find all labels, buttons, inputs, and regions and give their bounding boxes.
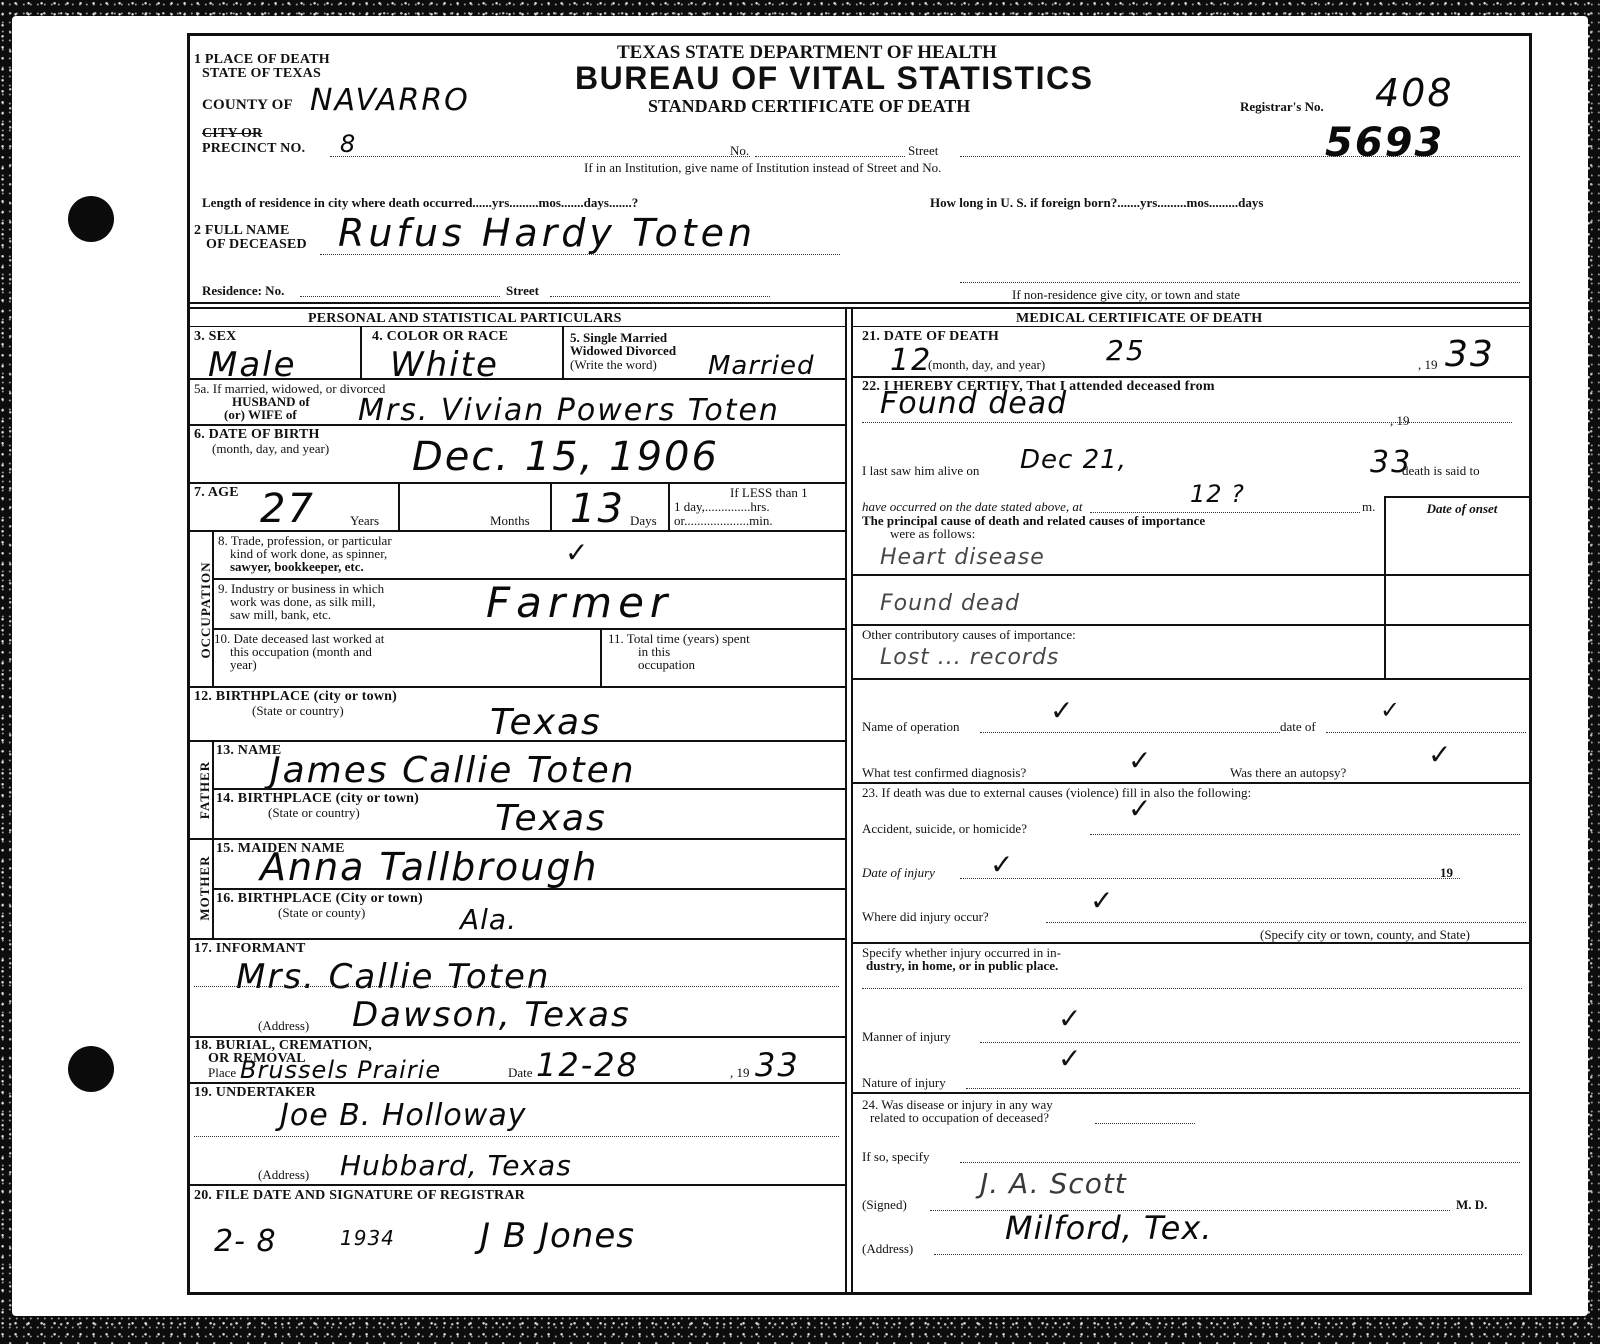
- rule: [862, 988, 1522, 989]
- residence-no-line: [300, 296, 500, 297]
- rule: [190, 740, 845, 742]
- injury-date-check-icon[interactable]: ✓: [990, 848, 1013, 881]
- dod-year-value[interactable]: 33: [1445, 338, 1495, 372]
- rule: [212, 888, 845, 890]
- last-worked-label-3: year): [230, 658, 257, 671]
- informant-value[interactable]: Mrs. Callie Toten: [236, 960, 550, 994]
- city-label: CITY OR: [202, 127, 262, 141]
- rule: [851, 678, 1529, 680]
- occurred-time-value[interactable]: 12 ?: [1190, 482, 1245, 506]
- nonresidence-line: [960, 282, 1520, 283]
- occurred-label: have occurred on the date stated above, …: [862, 500, 1082, 513]
- mother-birthplace-label-1: 16. BIRTHPLACE (City or town): [216, 892, 423, 906]
- bureau-title: BUREAU OF VITAL STATISTICS: [575, 60, 1093, 97]
- accident-label: Accident, suicide, or homicide?: [862, 822, 1027, 835]
- institution-note: If in an Institution, give name of Insti…: [584, 161, 941, 174]
- rule: [190, 326, 845, 327]
- rule: [550, 482, 552, 530]
- section-divider-top-2: [190, 307, 1529, 309]
- birthplace-value[interactable]: Texas: [490, 706, 602, 740]
- date-onset-label: Date of onset: [1402, 502, 1522, 515]
- if-so-label: If so, specify: [862, 1150, 930, 1163]
- rule: [851, 1092, 1529, 1094]
- rule: [851, 782, 1529, 784]
- accident-check-icon[interactable]: ✓: [1128, 792, 1151, 825]
- rule: [190, 838, 845, 840]
- informant-address-value[interactable]: Dawson, Texas: [352, 998, 631, 1032]
- occupation-vertical-label: OCCUPATION: [198, 560, 214, 660]
- injury-where-sub-label: (Specify city or town, county, and State…: [1260, 928, 1470, 941]
- rule: [190, 530, 845, 532]
- rule: [600, 628, 602, 686]
- registrar-no-label: Registrar's No.: [1240, 100, 1324, 113]
- dod-label: 21. DATE OF DEATH: [862, 330, 999, 344]
- autopsy-check-icon[interactable]: ✓: [1428, 738, 1451, 771]
- rule: [190, 686, 845, 688]
- injury-date-label: Date of injury: [862, 866, 935, 879]
- months-label: Months: [490, 514, 530, 527]
- trade-label-3: sawyer, bookkeeper, etc.: [230, 560, 364, 573]
- rule: [960, 1162, 1520, 1163]
- death-certificate-form: 1 PLACE OF DEATH STATE OF TEXAS COUNTY O…: [187, 33, 1532, 1295]
- medical-section-title: MEDICAL CERTIFICATE OF DEATH: [1016, 312, 1262, 326]
- occupation-related-label-2: related to occupation of deceased?: [870, 1111, 1049, 1124]
- autopsy-label: Was there an autopsy?: [1230, 766, 1346, 779]
- industry-value[interactable]: Farmer: [486, 586, 673, 620]
- attended-from-value[interactable]: Found dead: [880, 392, 1067, 416]
- last-saw-label: I last saw him alive on: [862, 464, 979, 477]
- section-divider-top: [190, 302, 1529, 304]
- operation-label: Name of operation: [862, 720, 959, 733]
- no-label: No.: [730, 144, 749, 157]
- md-label: M. D.: [1456, 1198, 1487, 1211]
- deceased-name-value[interactable]: Rufus Hardy Toten: [338, 216, 756, 250]
- operation-check-icon[interactable]: ✓: [1050, 694, 1073, 727]
- certificate-title: STANDARD CERTIFICATE OF DEATH: [648, 96, 970, 117]
- rule: [1384, 496, 1386, 678]
- column-divider: [845, 307, 847, 1292]
- column-divider-2: [851, 307, 853, 1292]
- father-birthplace-value[interactable]: Texas: [495, 802, 607, 836]
- physician-address-value[interactable]: Milford, Tex.: [1005, 1216, 1212, 1240]
- full-name-label-1: 2 FULL NAME: [194, 224, 290, 238]
- operation-date-label: date of: [1280, 720, 1316, 733]
- test-label: What test confirmed diagnosis?: [862, 766, 1026, 779]
- rule: [360, 326, 362, 378]
- spouse-label-3: (or) WIFE of: [224, 408, 297, 421]
- burial-year-prefix: , 19: [730, 1066, 750, 1079]
- total-time-label-3: occupation: [638, 658, 695, 671]
- signed-label: (Signed): [862, 1198, 907, 1211]
- other-causes-label: Other contributory causes of importance:: [862, 628, 1076, 641]
- race-value[interactable]: White: [390, 348, 499, 382]
- father-vertical-label: FATHER: [197, 755, 213, 825]
- sex-label: 3. SEX: [194, 330, 236, 344]
- rule: [862, 422, 1512, 423]
- nonresidence-note: If non-residence give city, or town and …: [1012, 288, 1240, 301]
- mother-vertical-label: MOTHER: [197, 853, 213, 923]
- years-label: Years: [350, 514, 379, 527]
- registrar-signature[interactable]: J B Jones: [480, 1224, 635, 1248]
- residence-street-line: [550, 296, 770, 297]
- rule: [851, 376, 1529, 378]
- rule: [194, 986, 839, 987]
- name-line: [320, 254, 840, 255]
- burial-date-value[interactable]: 12-28: [536, 1048, 639, 1082]
- burial-year-value[interactable]: 33: [755, 1048, 800, 1082]
- less-than-label-1: If LESS than 1: [730, 486, 808, 499]
- rule: [851, 942, 1529, 944]
- registrar-no-value[interactable]: 408: [1375, 76, 1454, 110]
- rule: [562, 326, 564, 378]
- us-length-label: How long in U. S. if foreign born?......…: [930, 196, 1263, 209]
- death-said-label: death is said to: [1402, 464, 1480, 477]
- trade-check-icon[interactable]: ✓: [565, 536, 588, 569]
- rule: [190, 482, 845, 484]
- county-value[interactable]: NAVARRO: [310, 84, 470, 118]
- informant-label: 17. INFORMANT: [194, 942, 305, 956]
- mother-name-value[interactable]: Anna Tallbrough: [260, 850, 598, 884]
- no-line: [755, 156, 905, 157]
- rule: [1384, 496, 1529, 498]
- personal-section-title: PERSONAL AND STATISTICAL PARTICULARS: [308, 312, 622, 326]
- street-label: Street: [908, 144, 938, 157]
- precinct-line: [330, 156, 750, 157]
- rule: [851, 326, 1529, 327]
- dod-day-value[interactable]: 25: [1106, 334, 1146, 368]
- age-days-value[interactable]: 13: [570, 492, 625, 526]
- rule: [190, 1184, 845, 1186]
- age-years-value[interactable]: 27: [260, 492, 315, 526]
- rule: [1095, 1123, 1195, 1124]
- rule: [190, 1082, 845, 1084]
- marital-label-3: (Write the word): [570, 358, 657, 371]
- residence-no-label: Residence: No.: [202, 284, 284, 297]
- rule: [851, 624, 1529, 626]
- rule: [934, 1254, 1522, 1255]
- mother-birthplace-value[interactable]: Ala.: [460, 908, 517, 932]
- burial-date-label: Date: [508, 1066, 533, 1079]
- father-birthplace-label-2: (State or country): [268, 806, 360, 819]
- spouse-value[interactable]: Mrs. Vivian Powers Toten: [358, 394, 780, 428]
- nature-label: Nature of injury: [862, 1076, 946, 1089]
- birthplace-label-2: (State or country): [252, 704, 344, 717]
- rule: [960, 878, 1460, 879]
- file-date-label: 20. FILE DATE AND SIGNATURE OF REGISTRAR: [194, 1189, 525, 1203]
- rule: [851, 574, 1529, 576]
- burial-place-value[interactable]: Brussels Prairie: [240, 1058, 441, 1082]
- attended-year-prefix: , 19: [1390, 414, 1410, 427]
- principal-label-2: were as follows:: [890, 527, 975, 540]
- punch-hole-bottom: [68, 1046, 114, 1092]
- dod-month-value[interactable]: 12: [890, 344, 932, 378]
- injury-where-check-icon[interactable]: ✓: [1090, 884, 1113, 917]
- rule: [194, 1136, 839, 1137]
- dob-value[interactable]: Dec. 15, 1906: [412, 440, 719, 474]
- rule: [212, 628, 845, 630]
- total-time-label-1: 11. Total time (years) spent: [608, 632, 750, 645]
- file-year-value[interactable]: 1934: [340, 1226, 395, 1250]
- file-date-value[interactable]: 2- 8: [214, 1230, 277, 1254]
- rule: [398, 482, 400, 530]
- external-causes-label: 23. If death was due to external causes …: [862, 786, 1251, 799]
- days-label: Days: [630, 514, 657, 527]
- burial-place-label: Place: [208, 1066, 236, 1079]
- rule: [190, 938, 845, 940]
- rule: [1326, 732, 1526, 733]
- undertaker-value[interactable]: Joe B. Holloway: [280, 1104, 526, 1128]
- physician-address-label: (Address): [862, 1242, 913, 1255]
- precinct-value[interactable]: 8: [340, 132, 356, 156]
- injury-place-label-2: dustry, in home, or in public place.: [866, 959, 1058, 972]
- dob-sub-label: (month, day, and year): [212, 442, 329, 455]
- punch-hole-top: [68, 196, 114, 242]
- rule: [966, 1088, 1520, 1089]
- dob-label: 6. DATE OF BIRTH: [194, 428, 320, 442]
- rule: [1090, 834, 1520, 835]
- sex-value[interactable]: Male: [208, 348, 297, 382]
- precinct-label: PRECINCT NO.: [202, 142, 305, 156]
- undertaker-address-label: (Address): [258, 1168, 309, 1181]
- nature-check-icon[interactable]: ✓: [1058, 1042, 1081, 1075]
- industry-label-3: saw mill, bank, etc.: [230, 608, 331, 621]
- manner-check-icon[interactable]: ✓: [1058, 1002, 1081, 1035]
- rule: [212, 788, 845, 790]
- father-name-value[interactable]: James Callie Toten: [270, 754, 636, 788]
- residence-length-label: Length of residence in city where death …: [202, 196, 638, 209]
- physician-signature[interactable]: J. A. Scott: [980, 1172, 1127, 1196]
- rule: [980, 732, 1280, 733]
- rule: [190, 378, 845, 380]
- cause-1-value[interactable]: Heart disease: [880, 546, 1045, 570]
- file-no-value[interactable]: 5693: [1325, 126, 1444, 160]
- place-of-death-label: 1 PLACE OF DEATH: [194, 53, 330, 67]
- mother-birthplace-label-2: (State or county): [278, 906, 365, 919]
- birthplace-label-1: 12. BIRTHPLACE (city or town): [194, 690, 397, 704]
- full-name-label-2: OF DECEASED: [206, 238, 307, 252]
- rule: [668, 482, 670, 530]
- injury-year-prefix: 19: [1440, 866, 1453, 879]
- operation-date-check-icon[interactable]: ✓: [1380, 696, 1400, 724]
- father-birthplace-label-1: 14. BIRTHPLACE (city or town): [216, 792, 419, 806]
- undertaker-address-value[interactable]: Hubbard, Texas: [340, 1154, 572, 1178]
- test-check-icon[interactable]: ✓: [1128, 744, 1151, 777]
- dod-sub-label: (month, day, and year): [928, 358, 1045, 371]
- marital-value[interactable]: Married: [708, 354, 814, 378]
- manner-label: Manner of injury: [862, 1030, 951, 1043]
- informant-address-label: (Address): [258, 1019, 309, 1032]
- last-saw-value[interactable]: Dec 21,: [1020, 448, 1127, 472]
- less-than-label-2: 1 day,..............hrs.: [674, 500, 770, 513]
- rule: [190, 424, 845, 426]
- race-label: 4. COLOR OR RACE: [372, 330, 508, 344]
- age-label: 7. AGE: [194, 486, 239, 500]
- rule: [1046, 922, 1526, 923]
- dod-year-prefix: , 19: [1418, 358, 1438, 371]
- county-label: COUNTY OF: [202, 98, 293, 112]
- other-causes-value[interactable]: Lost ... records: [880, 646, 1059, 670]
- less-than-label-3: or....................min.: [674, 514, 773, 527]
- marital-label-2: Widowed Divorced: [570, 344, 676, 357]
- occurred-m-label: m.: [1362, 500, 1375, 513]
- residence-street-label: Street: [506, 284, 539, 297]
- cause-2-value[interactable]: Found dead: [880, 592, 1020, 616]
- injury-where-label: Where did injury occur?: [862, 910, 989, 923]
- state-label: STATE OF TEXAS: [202, 67, 321, 81]
